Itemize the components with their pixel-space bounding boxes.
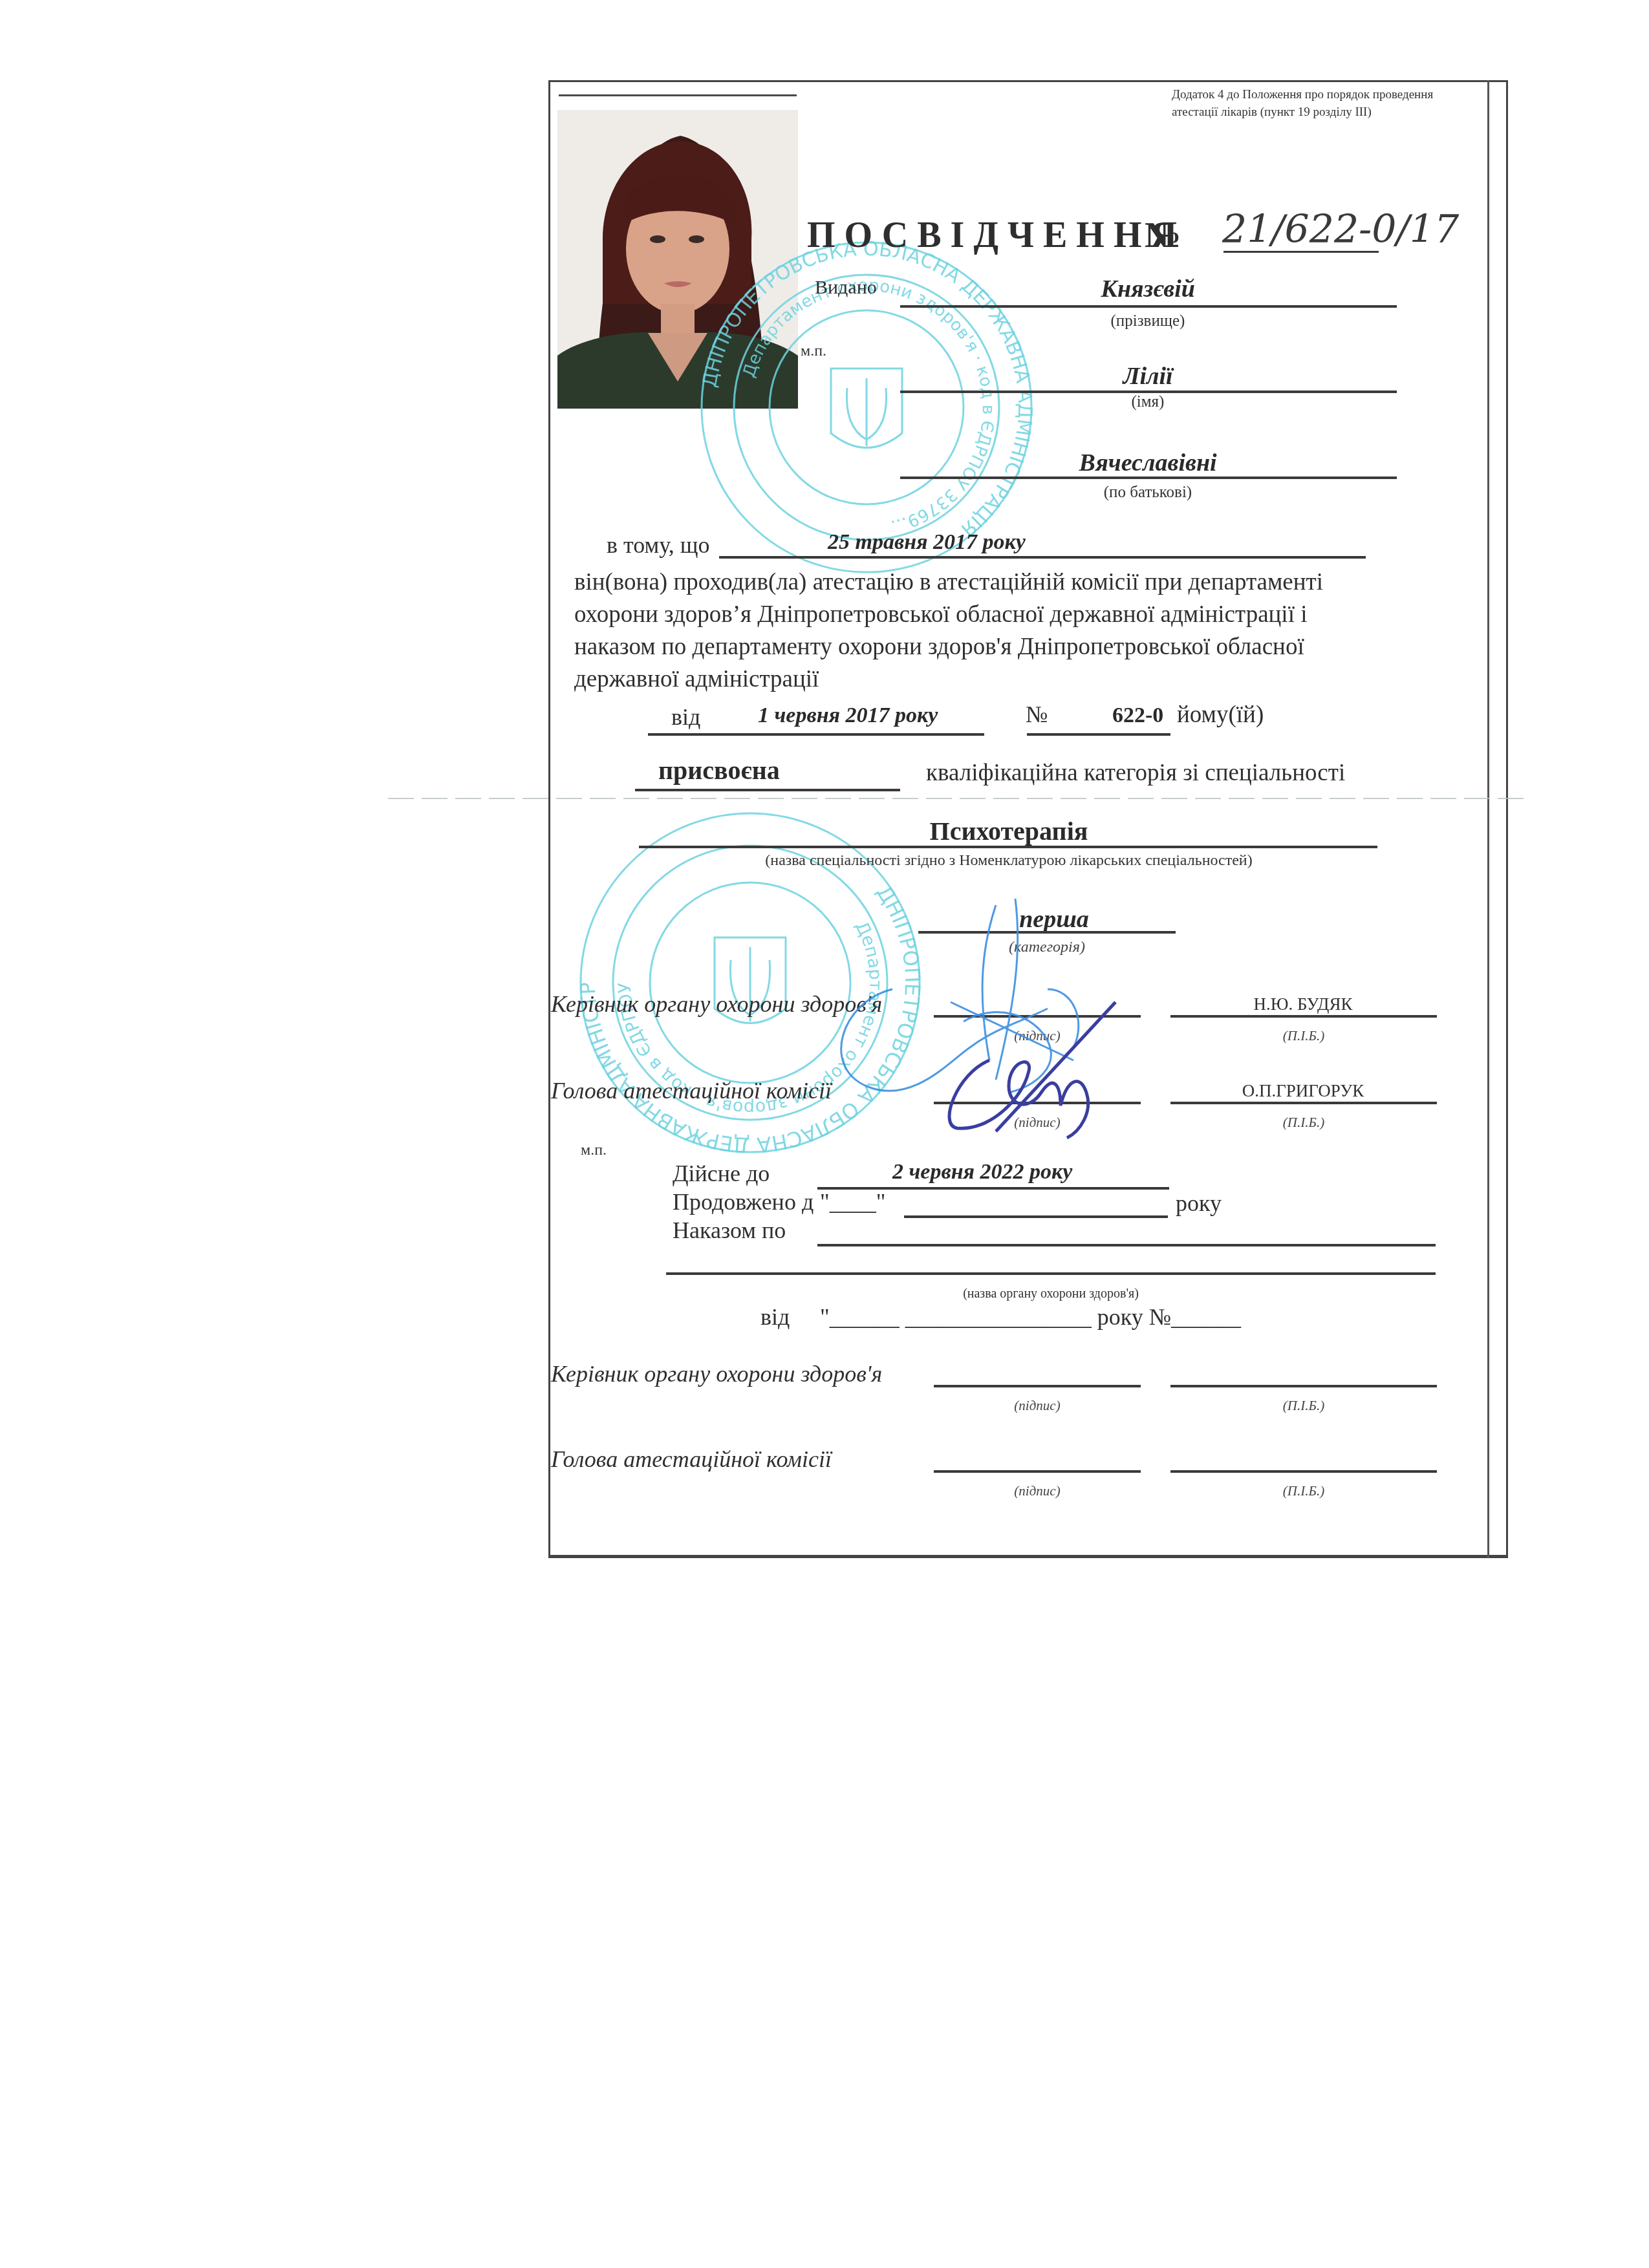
head-name-line-2 bbox=[1170, 1385, 1437, 1387]
status-line bbox=[635, 789, 900, 791]
to-whom-label: йому(їй) bbox=[1177, 701, 1264, 729]
patronymic-line bbox=[900, 476, 1397, 479]
order-from-label: від bbox=[671, 703, 700, 731]
frame-inner-divider bbox=[1487, 80, 1489, 1558]
from-blank: "______ ________________ року №______ bbox=[820, 1303, 1241, 1331]
head-name-caption-2: (П.І.Б.) bbox=[1170, 1398, 1437, 1414]
qualification-text: кваліфікаційна категорія зі спеціальност… bbox=[926, 759, 1345, 787]
header-note: Додаток 4 до Положення про порядок прове… bbox=[1172, 86, 1433, 121]
header-note-line1: Додаток 4 до Положення про порядок прове… bbox=[1172, 86, 1433, 103]
status-value: присвоєна bbox=[658, 755, 775, 786]
commission-name-caption: (П.І.Б.) bbox=[1170, 1115, 1437, 1131]
order-by-label: Наказом по bbox=[673, 1217, 786, 1244]
valid-until-value: 2 червня 2022 року bbox=[892, 1160, 1072, 1184]
certificate-title: ПОСВІДЧЕННЯ bbox=[807, 215, 1186, 256]
paragraph-line: він(вона) проходив(ла) атестацію в атест… bbox=[574, 566, 1323, 599]
order-number-label: № bbox=[1026, 701, 1048, 728]
header-note-line2: атестації лікарів (пункт 19 розділу III) bbox=[1172, 103, 1433, 121]
stamp-mark: м.п. bbox=[581, 1142, 607, 1159]
order-number: 622-0 bbox=[1112, 703, 1163, 728]
surname-line bbox=[900, 305, 1397, 308]
org-name-caption: (назва органу охорони здоров'я) bbox=[666, 1287, 1436, 1301]
specialty-value: Психотерапія bbox=[640, 816, 1377, 846]
paragraph-line: державної адміністрації bbox=[574, 663, 1323, 696]
paragraph-line: охорони здоров’я Дніпропетровської облас… bbox=[574, 599, 1323, 631]
surname-value: Князєвій bbox=[899, 275, 1397, 303]
paragraph-line: наказом по департаменту охорони здоров'я… bbox=[574, 631, 1323, 663]
extended-year-label: року bbox=[1176, 1190, 1222, 1217]
name-value: Лілії bbox=[899, 362, 1397, 390]
extended-date-line bbox=[904, 1215, 1168, 1218]
patronymic-value: Вячеславівні bbox=[899, 449, 1397, 477]
that-label: в тому, що bbox=[607, 531, 709, 559]
issued-label: Видано bbox=[815, 277, 877, 299]
order-date: 1 червня 2017 року bbox=[758, 703, 938, 728]
commission-signature-caption-2: (підпис) bbox=[934, 1483, 1141, 1499]
head-signature-caption-2: (підпис) bbox=[934, 1398, 1141, 1414]
surname-caption: (прізвище) bbox=[899, 312, 1397, 330]
head-health-role-2: Керівник органу охорони здоров'я bbox=[551, 1360, 882, 1387]
head-name-line bbox=[1170, 1015, 1437, 1018]
attestation-date-line bbox=[719, 556, 1366, 559]
head-name-caption: (П.І.Б.) bbox=[1170, 1028, 1437, 1044]
photo-top-line bbox=[559, 94, 797, 96]
commission-signature-line-2 bbox=[934, 1470, 1141, 1473]
number-sign: № bbox=[1145, 215, 1181, 256]
specialty-caption: (назва спеціальності згідно з Номенклату… bbox=[640, 852, 1377, 870]
patronymic-caption: (по батькові) bbox=[899, 484, 1397, 502]
order-number-line bbox=[1027, 733, 1170, 736]
extended-quote: "____" bbox=[820, 1188, 885, 1215]
signature-dark-icon bbox=[931, 976, 1138, 1144]
head-name: Н.Ю. БУДЯК bbox=[1170, 994, 1436, 1014]
commission-name-line bbox=[1170, 1102, 1437, 1104]
valid-until-label: Дійсне до bbox=[673, 1160, 770, 1187]
attestation-date: 25 травня 2017 року bbox=[828, 530, 1026, 555]
name-caption: (імя) bbox=[899, 393, 1397, 411]
order-by-line bbox=[817, 1244, 1436, 1246]
commission-name-caption-2: (П.І.Б.) bbox=[1170, 1483, 1437, 1499]
order-date-line bbox=[648, 733, 984, 736]
certificate-number: 21/622-0/17 bbox=[1222, 207, 1459, 252]
org-name-line bbox=[666, 1272, 1436, 1275]
fold-line bbox=[388, 798, 1526, 799]
commission-head-role-2: Голова атестаційної комісії bbox=[551, 1446, 832, 1473]
specialty-line bbox=[639, 846, 1377, 848]
head-signature-line-2 bbox=[934, 1385, 1141, 1387]
commission-name-line-2 bbox=[1170, 1470, 1437, 1473]
extended-label: Продовжено д bbox=[673, 1188, 814, 1215]
commission-head-name: О.П.ГРИГОРУК bbox=[1170, 1081, 1436, 1101]
number-underline bbox=[1223, 251, 1379, 253]
from-label: від bbox=[760, 1303, 790, 1331]
attestation-paragraph: він(вона) проходив(ла) атестацію в атест… bbox=[574, 566, 1323, 696]
commission-head-role: Голова атестаційної комісії bbox=[551, 1077, 832, 1104]
